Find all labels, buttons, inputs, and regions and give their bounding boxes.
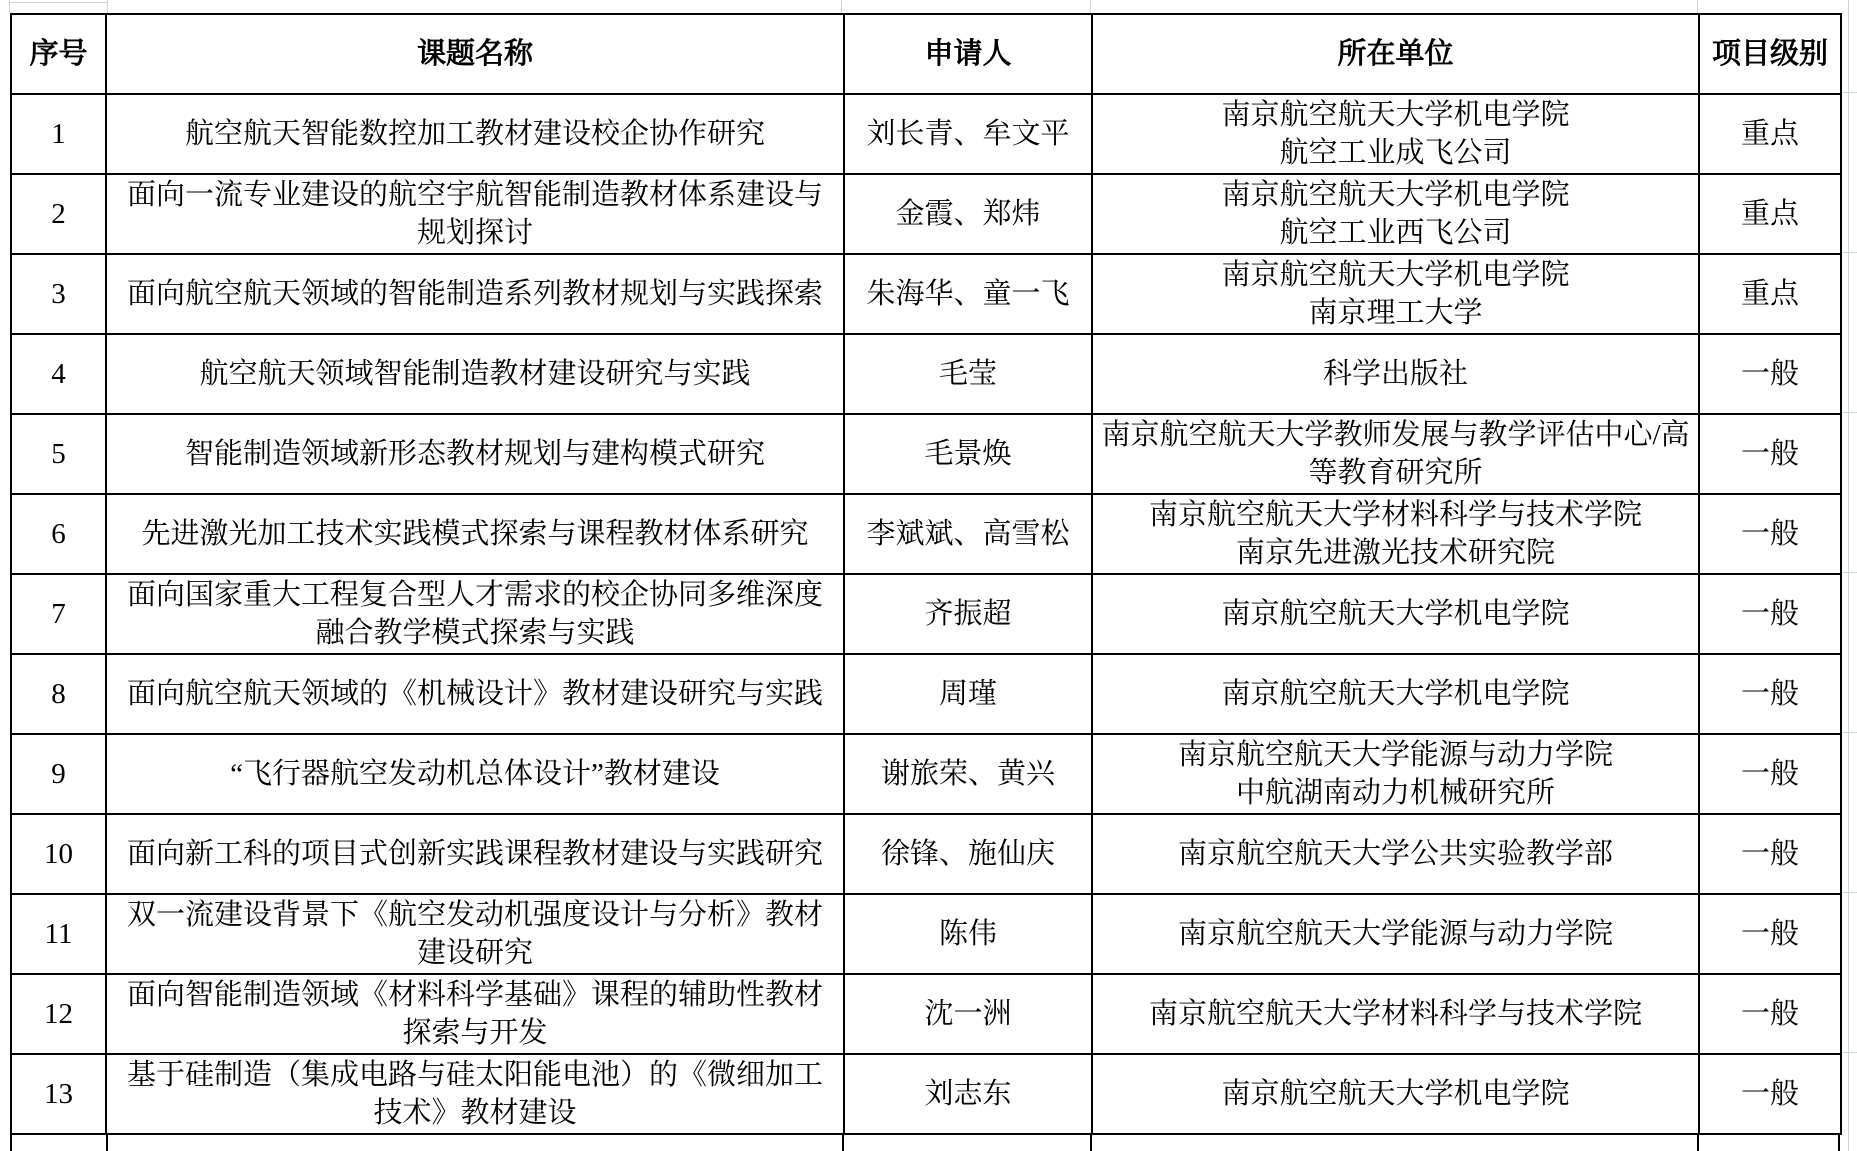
gridline	[1842, 252, 1857, 253]
cell-org: 南京航空航天大学能源与动力学院	[1092, 894, 1699, 974]
gridline	[1842, 892, 1857, 893]
cell-level: 重点	[1699, 94, 1841, 174]
cell-level: 一般	[1699, 974, 1841, 1054]
table-row: 9 “飞行器航空发动机总体设计”教材建设 谢旅荣、黄兴 南京航空航天大学能源与动…	[11, 734, 1841, 814]
cell-level: 重点	[1699, 254, 1841, 334]
table-row: 5 智能制造领域新形态教材规划与建构模式研究 毛景焕 南京航空航天大学教师发展与…	[11, 414, 1841, 494]
gridline	[1842, 572, 1857, 573]
cell-level: 一般	[1699, 494, 1841, 574]
cell-applicant: 徐锋、施仙庆	[844, 814, 1092, 894]
cell-level: 一般	[1699, 574, 1841, 654]
gridline	[1090, 1134, 1092, 1151]
cell-title: 基于硅制造（集成电路与硅太阳能电池）的《微细加工 技术》教材建设	[106, 1054, 844, 1134]
gridline	[842, 1134, 844, 1151]
cell-applicant: 李斌斌、高雪松	[844, 494, 1092, 574]
col-header-level: 项目级别	[1699, 14, 1841, 94]
col-header-index: 序号	[11, 14, 106, 94]
col-header-title: 课题名称	[106, 14, 844, 94]
cell-index: 1	[11, 94, 106, 174]
cell-index: 6	[11, 494, 106, 574]
gridline	[1842, 732, 1857, 733]
table-row: 1 航空航天智能数控加工教材建设校企协作研究 刘长青、牟文平 南京航空航天大学机…	[11, 94, 1841, 174]
cell-applicant: 齐振超	[844, 574, 1092, 654]
col-header-applicant: 申请人	[844, 14, 1092, 94]
cell-org: 南京航空航天大学教师发展与教学评估中心/高 等教育研究所	[1092, 414, 1699, 494]
cell-level: 一般	[1699, 894, 1841, 974]
cell-index: 12	[11, 974, 106, 1054]
cell-title: “飞行器航空发动机总体设计”教材建设	[106, 734, 844, 814]
cell-title: 面向航空航天领域的智能制造系列教材规划与实践探索	[106, 254, 844, 334]
gridline	[106, 1134, 108, 1151]
cell-org: 南京航空航天大学材料科学与技术学院 南京先进激光技术研究院	[1092, 494, 1699, 574]
cell-applicant: 朱海华、童一飞	[844, 254, 1092, 334]
cell-index: 10	[11, 814, 106, 894]
cell-org: 南京航空航天大学机电学院 南京理工大学	[1092, 254, 1699, 334]
cell-level: 重点	[1699, 174, 1841, 254]
gridline	[10, 1134, 12, 1151]
cell-level: 一般	[1699, 414, 1841, 494]
col-header-org: 所在单位	[1092, 14, 1699, 94]
cell-applicant: 周瑾	[844, 654, 1092, 734]
cell-org: 南京航空航天大学机电学院	[1092, 654, 1699, 734]
cell-title: 先进激光加工技术实践模式探索与课程教材体系研究	[106, 494, 844, 574]
table-row: 13 基于硅制造（集成电路与硅太阳能电池）的《微细加工 技术》教材建设 刘志东 …	[11, 1054, 1841, 1134]
cell-org: 科学出版社	[1092, 334, 1699, 414]
header-row: 序号 课题名称 申请人 所在单位 项目级别	[11, 14, 1841, 94]
table-row: 3 面向航空航天领域的智能制造系列教材规划与实践探索 朱海华、童一飞 南京航空航…	[11, 254, 1841, 334]
table-row: 8 面向航空航天领域的《机械设计》教材建设研究与实践 周瑾 南京航空航天大学机电…	[11, 654, 1841, 734]
cell-applicant: 沈一洲	[844, 974, 1092, 1054]
cell-org: 南京航空航天大学材料科学与技术学院	[1092, 974, 1699, 1054]
cell-index: 13	[11, 1054, 106, 1134]
cell-index: 7	[11, 574, 106, 654]
table-row: 6 先进激光加工技术实践模式探索与课程教材体系研究 李斌斌、高雪松 南京航空航天…	[11, 494, 1841, 574]
gridline	[841, 0, 842, 13]
cell-applicant: 谢旅荣、黄兴	[844, 734, 1092, 814]
cell-level: 一般	[1699, 814, 1841, 894]
cell-title: 面向智能制造领域《材料科学基础》课程的辅助性教材 探索与开发	[106, 974, 844, 1054]
cell-index: 5	[11, 414, 106, 494]
gridline	[1697, 1134, 1699, 1151]
gridline	[1842, 1052, 1857, 1053]
cell-applicant: 刘长青、牟文平	[844, 94, 1092, 174]
cell-title: 面向新工科的项目式创新实践课程教材建设与实践研究	[106, 814, 844, 894]
spreadsheet-canvas: 序号 课题名称 申请人 所在单位 项目级别 1 航空航天智能数控加工教材建设校企…	[0, 0, 1857, 1151]
cell-level: 一般	[1699, 654, 1841, 734]
cell-applicant: 陈伟	[844, 894, 1092, 974]
cell-index: 3	[11, 254, 106, 334]
cell-title: 面向航空航天领域的《机械设计》教材建设研究与实践	[106, 654, 844, 734]
cell-title: 航空航天智能数控加工教材建设校企协作研究	[106, 94, 844, 174]
table-row: 4 航空航天领域智能制造教材建设研究与实践 毛莹 科学出版社 一般	[11, 334, 1841, 414]
cell-applicant: 毛景焕	[844, 414, 1092, 494]
cell-title: 面向国家重大工程复合型人才需求的校企协同多维深度 融合教学模式探索与实践	[106, 574, 844, 654]
cell-org: 南京航空航天大学公共实验教学部	[1092, 814, 1699, 894]
cell-level: 一般	[1699, 334, 1841, 414]
cell-applicant: 刘志东	[844, 1054, 1092, 1134]
gridline	[10, 2, 107, 3]
cell-index: 9	[11, 734, 106, 814]
gridline	[1697, 0, 1698, 13]
gridline	[1842, 412, 1857, 413]
gridline	[1090, 0, 1091, 13]
projects-table: 序号 课题名称 申请人 所在单位 项目级别 1 航空航天智能数控加工教材建设校企…	[10, 13, 1842, 1135]
table-row: 11 双一流建设背景下《航空发动机强度设计与分析》教材 建设研究 陈伟 南京航空…	[11, 894, 1841, 974]
cell-applicant: 毛莹	[844, 334, 1092, 414]
table-row: 2 面向一流专业建设的航空宇航智能制造教材体系建设与 规划探讨 金霞、郑炜 南京…	[11, 174, 1841, 254]
cell-index: 2	[11, 174, 106, 254]
table-row: 10 面向新工科的项目式创新实践课程教材建设与实践研究 徐锋、施仙庆 南京航空航…	[11, 814, 1841, 894]
gridline	[1842, 92, 1857, 93]
cell-title: 智能制造领域新形态教材规划与建构模式研究	[106, 414, 844, 494]
gridline	[107, 0, 108, 13]
table-row: 7 面向国家重大工程复合型人才需求的校企协同多维深度 融合教学模式探索与实践 齐…	[11, 574, 1841, 654]
cell-org: 南京航空航天大学机电学院 航空工业成飞公司	[1092, 94, 1699, 174]
cell-title: 面向一流专业建设的航空宇航智能制造教材体系建设与 规划探讨	[106, 174, 844, 254]
cell-org: 南京航空航天大学机电学院	[1092, 574, 1699, 654]
cell-org: 南京航空航天大学能源与动力学院 中航湖南动力机械研究所	[1092, 734, 1699, 814]
gridline	[1848, 0, 1849, 1151]
cell-index: 8	[11, 654, 106, 734]
cell-org: 南京航空航天大学机电学院	[1092, 1054, 1699, 1134]
cell-applicant: 金霞、郑炜	[844, 174, 1092, 254]
cell-title: 航空航天领域智能制造教材建设研究与实践	[106, 334, 844, 414]
cell-level: 一般	[1699, 734, 1841, 814]
gridline	[1838, 1134, 1840, 1151]
cell-org: 南京航空航天大学机电学院 航空工业西飞公司	[1092, 174, 1699, 254]
table-row: 12 面向智能制造领域《材料科学基础》课程的辅助性教材 探索与开发 沈一洲 南京…	[11, 974, 1841, 1054]
cell-index: 11	[11, 894, 106, 974]
cell-title: 双一流建设背景下《航空发动机强度设计与分析》教材 建设研究	[106, 894, 844, 974]
cell-index: 4	[11, 334, 106, 414]
cell-level: 一般	[1699, 1054, 1841, 1134]
